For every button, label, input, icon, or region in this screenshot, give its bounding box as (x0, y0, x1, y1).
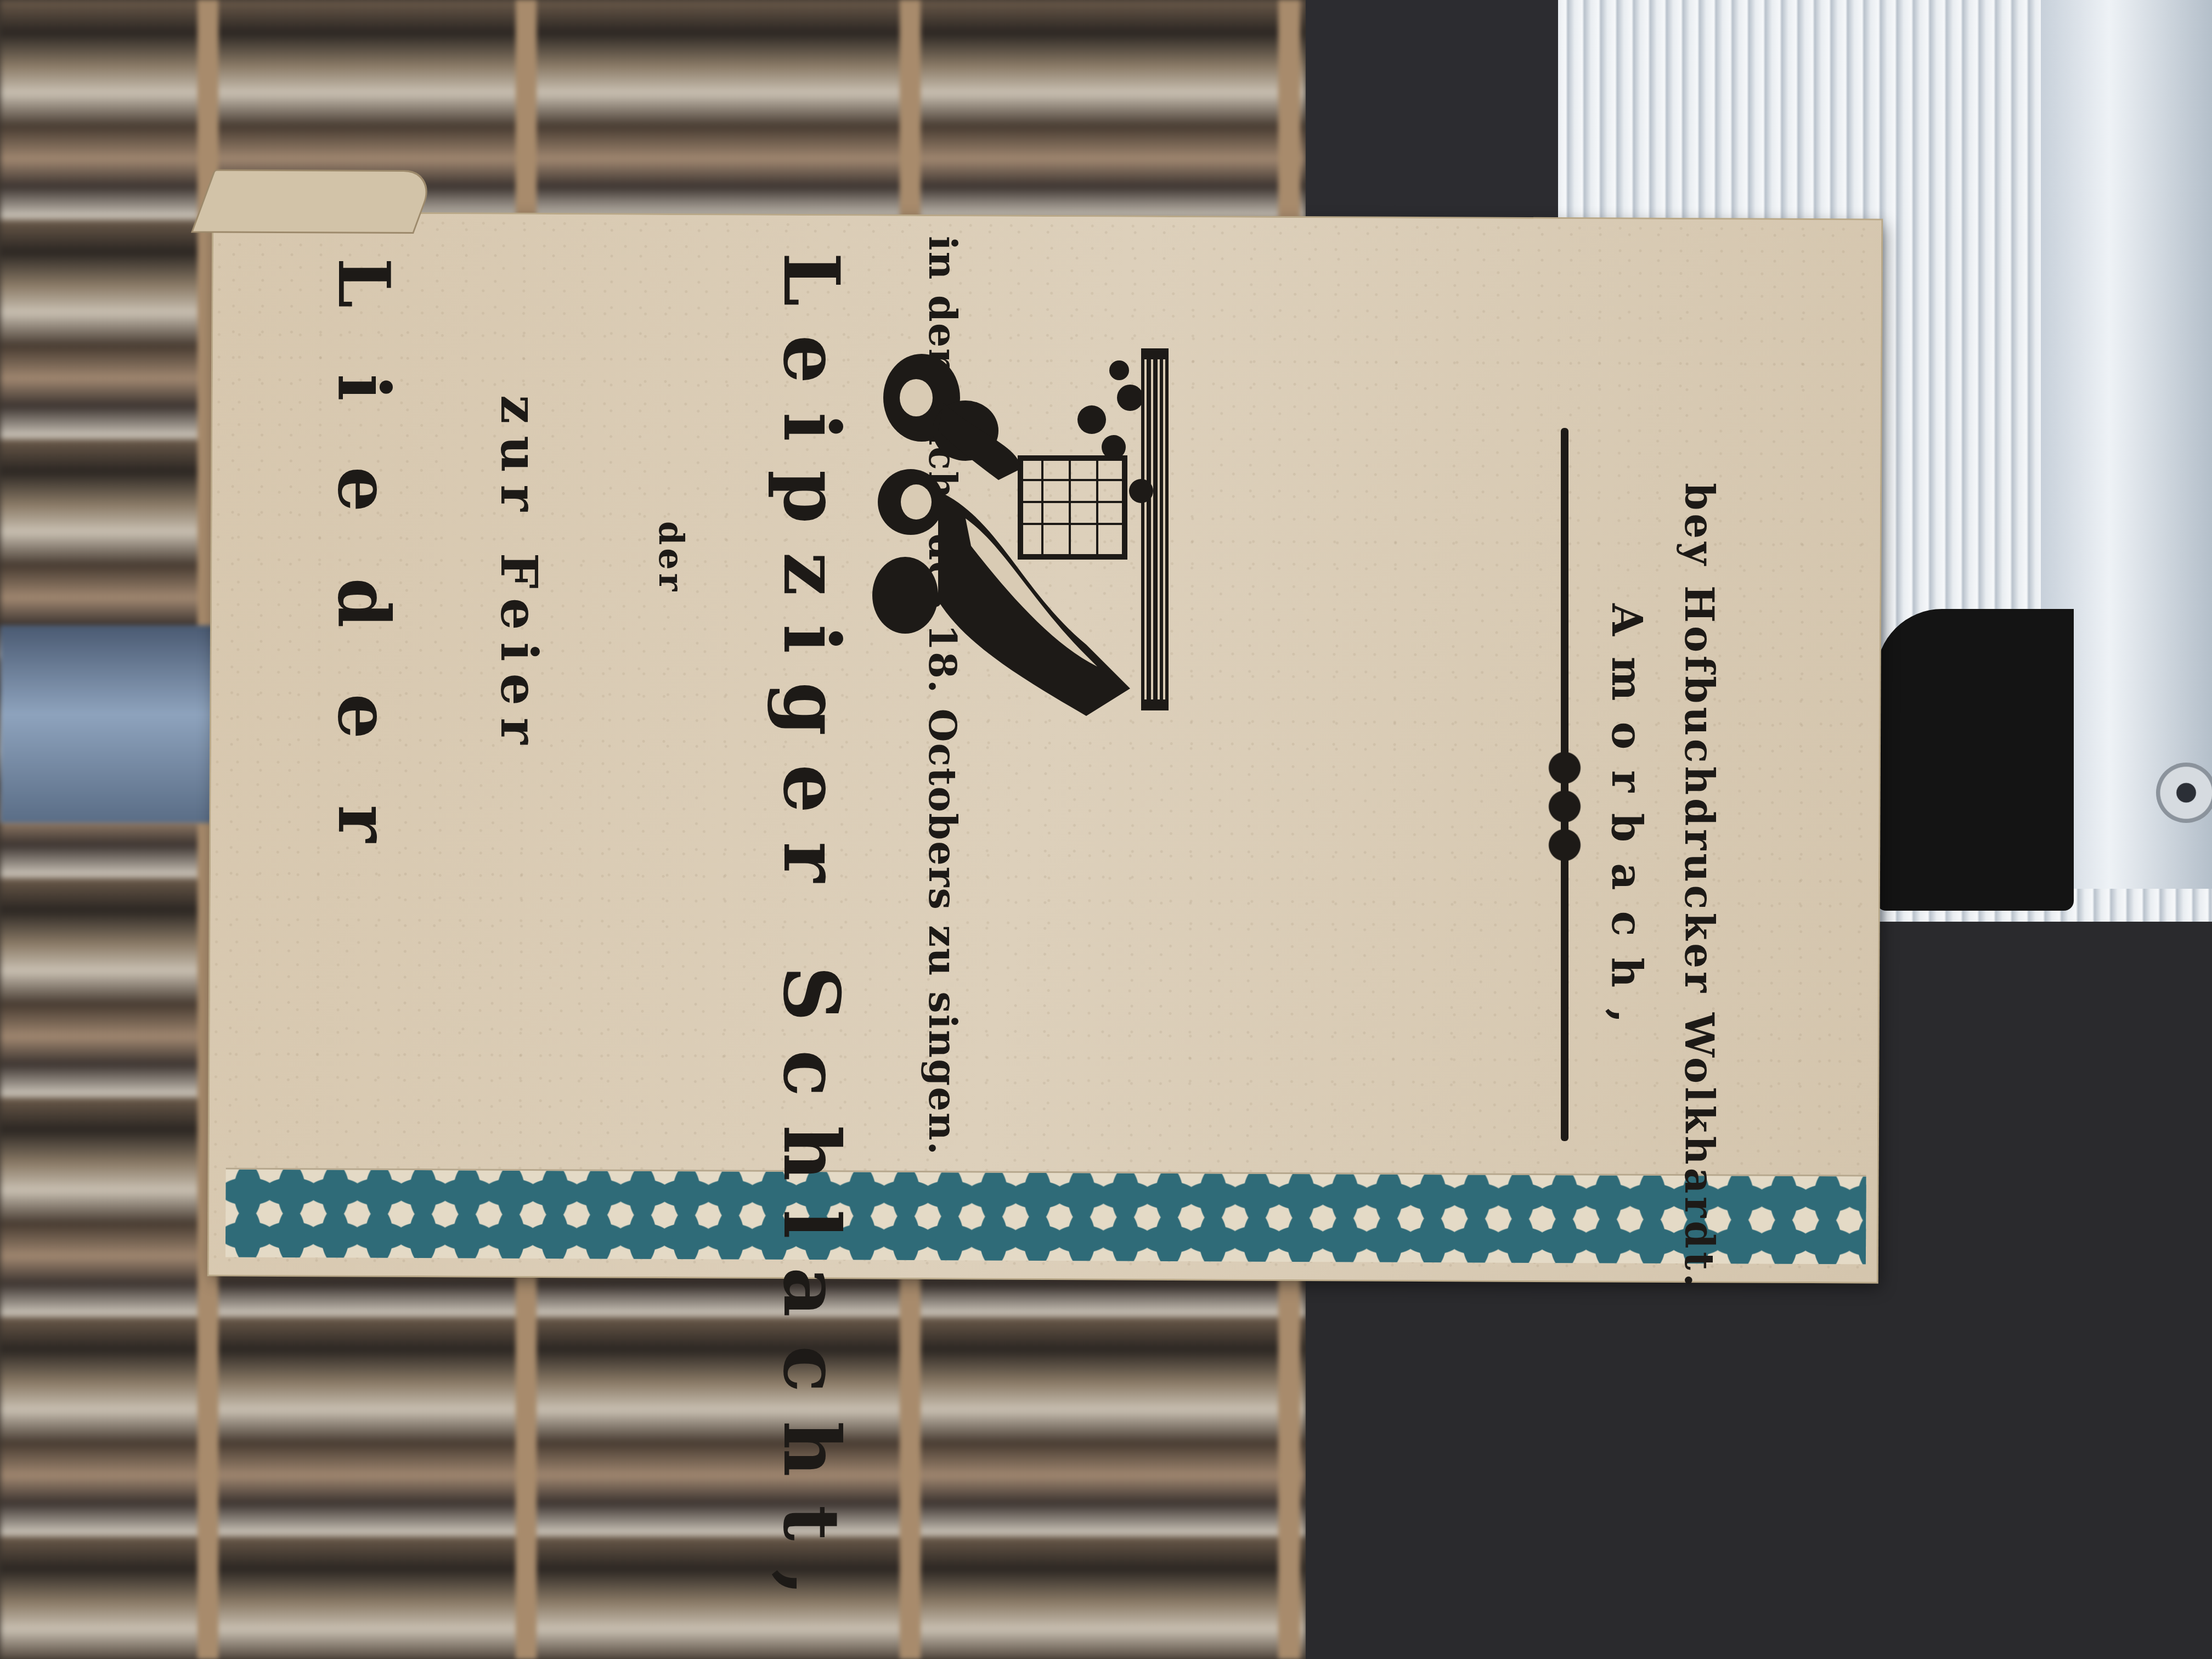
cover-line-zur-feier: zur Feier (489, 395, 549, 756)
torn-page-corner (191, 169, 437, 234)
radiator-bracket (1876, 609, 2074, 911)
woodcut-vignette-icon (856, 337, 1207, 732)
imprint-place: Amorbach, (1602, 603, 1651, 1044)
fleuron-icon (1542, 746, 1588, 867)
blue-pipe (0, 625, 230, 823)
cover-title: Lieder (322, 258, 406, 909)
cover-line-der: der (651, 521, 691, 594)
imprint-printer: bey Hofbuchdrucker Wolkhardt. (1676, 483, 1723, 1290)
cover-line-leipziger-schlacht: Leipziger Schlacht, (766, 252, 856, 1624)
decorative-pattern-band (225, 1167, 1866, 1264)
bolt-icon (2156, 763, 2212, 823)
